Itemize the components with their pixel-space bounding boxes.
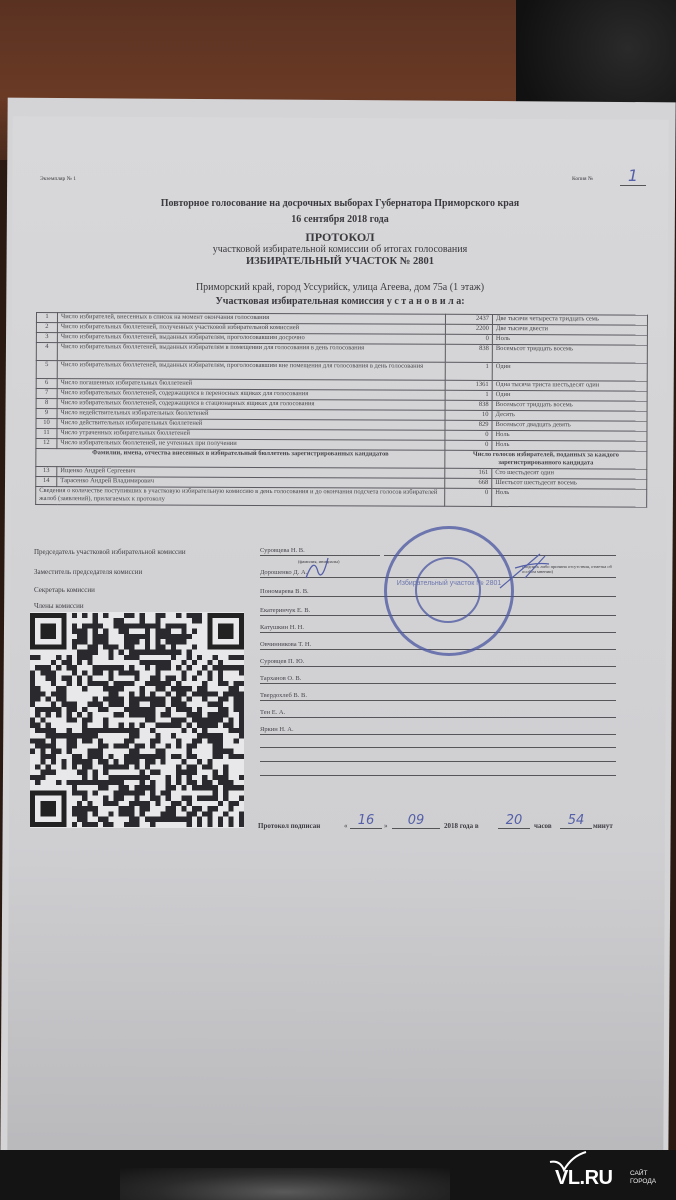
qr-code [30, 612, 244, 828]
vl-logo: VL.RU [555, 1167, 613, 1190]
chair-label: Председатель участковой избирательной ко… [34, 548, 186, 556]
row-value: 1 [445, 362, 492, 380]
vl-logo-sub2: ГОРОДА [630, 1178, 656, 1186]
signed-year: 2018 года в [444, 822, 479, 830]
signed-minute: 54 [560, 813, 592, 829]
row-value: 829 [445, 420, 492, 430]
candidate-votes: 161 [445, 468, 492, 478]
row-label: Число избирательных бюллетеней, выданных… [57, 343, 445, 363]
row-value: 0 [445, 334, 492, 344]
member-name: Яркин Н. А. [260, 725, 616, 735]
row-value-words: Ноль [492, 440, 647, 451]
candidate-number: 14 [36, 477, 57, 487]
row-value-words: Одна тысяча триста шестьдесят один [492, 380, 647, 391]
election-title: Повторное голосование на досрочных выбор… [60, 198, 620, 209]
row-number: 1 [36, 313, 57, 323]
member-name: Тарханов О. В. [260, 674, 616, 684]
row-number: 9 [36, 409, 57, 419]
copy-number-left: Экземпляр № 1 [40, 176, 76, 182]
blank-signature-line [260, 774, 616, 776]
row-number: 7 [36, 389, 57, 399]
complaints-words: Ноль [492, 488, 647, 507]
candidate-votes-words: Шестьсот шестьдесят восемь [492, 478, 647, 489]
row-number: 11 [36, 429, 57, 439]
minutes-label: минут [593, 822, 613, 830]
row-number: 6 [36, 379, 57, 389]
candidates-header-left: Фамилии, имена, отчества внесенных в изб… [36, 449, 445, 469]
hours-label: часов [534, 822, 552, 830]
candidate-votes-words: Сто шестьдесят один [492, 468, 647, 479]
row-value: 0 [445, 430, 492, 440]
row-value: 0 [445, 440, 492, 450]
row-value-words: Две тысячи двести [492, 324, 647, 335]
row-value: 838 [445, 400, 492, 410]
row-number: 10 [36, 419, 57, 429]
precinct-number: ИЗБИРАТЕЛЬНЫЙ УЧАСТОК № 2801 [60, 256, 620, 267]
row-value-words: Десять [492, 410, 647, 421]
protocol-document: Экземпляр № 1 Копия № 1 Повторное голосо… [0, 0, 676, 1200]
row-value-words: Восемьсот тридцать восемь [492, 344, 647, 363]
copy-number-right-label: Копия № [572, 176, 593, 182]
copy-number-right-value: 1 [620, 166, 646, 186]
candidate-number: 13 [36, 467, 57, 477]
row-number: 2 [36, 323, 57, 333]
signed-month: 09 [392, 813, 440, 829]
row-value: 838 [445, 344, 492, 362]
quote-close: » [384, 822, 388, 830]
row-value: 1361 [445, 380, 492, 390]
row-number: 3 [36, 333, 57, 343]
signed-label: Протокол подписан [258, 822, 320, 830]
complaints-row: Сведения о количестве поступивших в учас… [36, 487, 647, 508]
signed-day: 16 [350, 813, 382, 829]
row-number: 8 [36, 399, 57, 409]
member-name: Твердохлеб В. В. [260, 691, 616, 701]
precinct-address: Приморский край, город Уссурийск, улица … [60, 282, 620, 293]
row-number: 4 [36, 343, 57, 361]
vl-logo-sub1: САЙТ [630, 1170, 656, 1178]
signed-hour: 20 [498, 813, 530, 829]
row-number: 5 [36, 361, 57, 379]
handwritten-signatures [300, 548, 590, 598]
row-value: 2200 [445, 324, 492, 334]
row-value-words: Один [492, 362, 647, 381]
row-value-words: Восемьсот тридцать восемь [492, 400, 647, 411]
candidate-votes: 668 [445, 478, 492, 488]
complaints-value: 0 [445, 488, 492, 506]
secretary-label: Секретарь комиссии [34, 586, 95, 594]
row-value-words: Ноль [492, 430, 647, 441]
row-label: Число избирательных бюллетеней, выданных… [57, 361, 445, 381]
blank-signature-line [260, 746, 616, 748]
quote-open: « [344, 822, 348, 830]
row-value: 1 [445, 390, 492, 400]
complaints-label: Сведения о количестве поступивших в учас… [36, 487, 445, 507]
row-number: 12 [36, 439, 57, 449]
commission-established: Участковая избирательная комиссия у с т … [60, 296, 620, 307]
row-value-words: Две тысячи четыреста тридцать семь [492, 314, 647, 325]
protocol-heading: ПРОТОКОЛ [60, 230, 620, 245]
vl-logo-subtitle: САЙТ ГОРОДА [630, 1170, 656, 1186]
row-value-words: Восемьсот двадцать девять [492, 420, 647, 431]
row-value: 2437 [445, 314, 492, 324]
row-value-words: Один [492, 390, 647, 401]
blank-signature-line [260, 760, 616, 762]
row-value: 10 [445, 410, 492, 420]
election-date: 16 сентября 2018 года [60, 214, 620, 225]
deputy-label: Заместитель председателя комиссии [34, 568, 142, 576]
results-table: 1Число избирателей, внесенных в список н… [35, 312, 648, 508]
members-label: Члены комиссии [34, 602, 84, 610]
candidates-header-right: Число голосов избирателей, поданных за к… [445, 450, 647, 469]
row-value-words: Ноль [492, 334, 647, 345]
commission-subtitle: участковой избирательной комиссии об ито… [60, 244, 620, 255]
member-name: Суровцев П. Ю. [260, 657, 616, 667]
member-name: Тен Е. А. [260, 708, 616, 718]
